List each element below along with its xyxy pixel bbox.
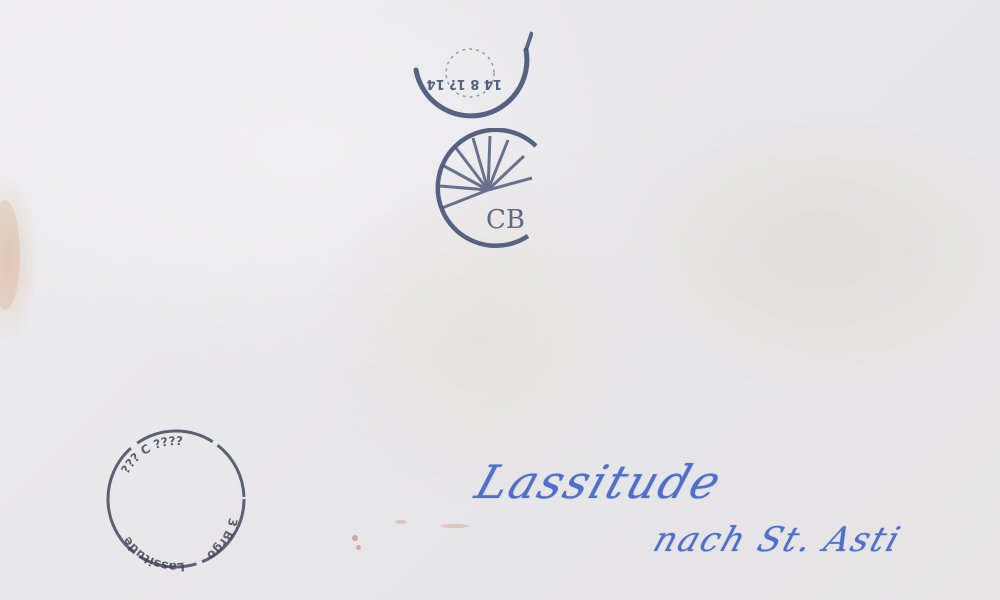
foxing-spot	[395, 520, 407, 524]
postmark-ring-top: ??? C ????	[118, 434, 183, 476]
handwritten-destination: nach St. Asti	[649, 520, 907, 560]
svg-text:??? C ????: ??? C ????	[118, 434, 183, 476]
foxing-spot	[352, 535, 358, 541]
svg-text:Lassitude: Lassitude	[120, 534, 185, 574]
foxing-spot	[356, 545, 361, 550]
envelope-back: 14 8 1? 14 CB	[0, 0, 1000, 600]
radiating-sun-postmark: CB	[428, 128, 553, 256]
postmark-initials: CB	[486, 205, 525, 235]
foxing-stain-left	[0, 200, 20, 310]
postmark-date-text: 14 8 1? 14	[427, 76, 502, 91]
top-partial-circular-postmark: 14 8 1? 14	[408, 28, 533, 123]
postmark-ring-bottom: Lassitude	[120, 534, 185, 574]
handwritten-name: Lassitude	[469, 455, 729, 509]
postmark-ring-right: 3 Brgo	[204, 517, 240, 563]
bottom-circular-postmark: ??? C ???? 3 Brgo Lassitude	[100, 425, 255, 575]
foxing-spot	[440, 524, 470, 528]
svg-text:3 Brgo: 3 Brgo	[204, 517, 240, 563]
